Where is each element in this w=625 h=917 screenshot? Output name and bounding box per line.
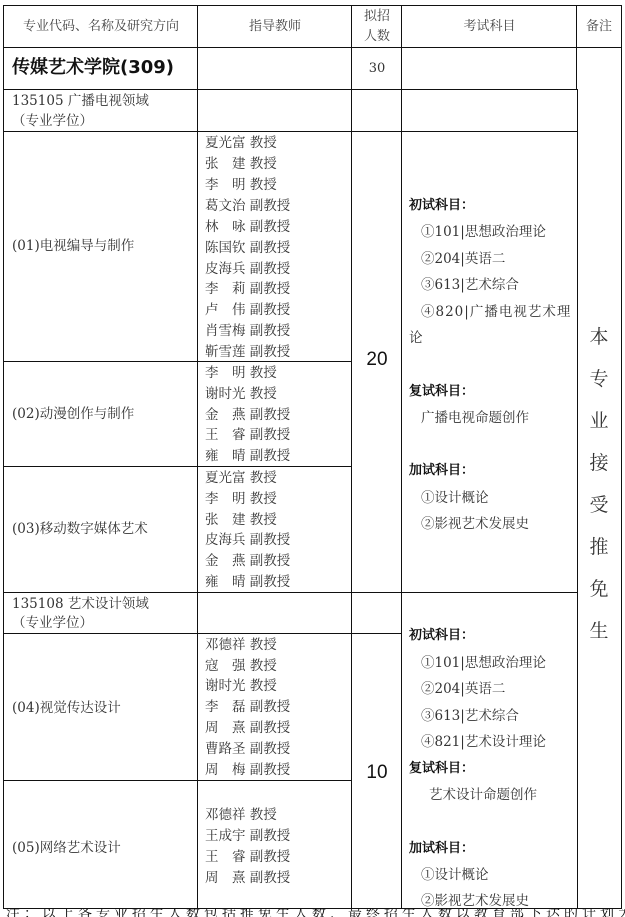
field-135105-cell: 135105 广播电视领域 （专业学位） <box>3 89 199 133</box>
advisor: 皮海兵 副教授 <box>205 259 290 280</box>
field-code: 135105 广播电视领域 <box>12 91 149 112</box>
exam-subject-wrap: 论 <box>409 328 423 349</box>
footer-note-text: 注：以上各专业招生人数包括推免生人数，最终招生人数以教育部下达的计划为准。 <box>6 909 625 917</box>
advisor: 葛文治 副教授 <box>205 196 290 217</box>
extra-exam-title: 加试科目： <box>409 839 474 860</box>
quota-value: 20 <box>352 350 402 371</box>
advisor: 肖雪梅 副教授 <box>205 321 290 342</box>
direction-03-cell: (03)移动数字媒体艺术 <box>3 466 199 594</box>
retest-subject: 广播电视命题创作 <box>421 408 529 429</box>
advisor: 谢时光 教授 <box>205 384 277 405</box>
header-remark: 备注 <box>577 17 621 38</box>
field-135108-cell: 135108 艺术设计领域 （专业学位） <box>3 592 199 635</box>
initial-exam-title: 初试科目： <box>409 196 474 217</box>
remark-char: 生 <box>577 616 621 643</box>
field-135105-exam-top-cell <box>401 89 578 133</box>
advisor: 寇 强 教授 <box>205 656 277 677</box>
header-major: 专业代码、名称及研究方向 <box>4 17 198 38</box>
initial-exam-title: 初试科目： <box>409 626 474 647</box>
advisor: 周 熹 副教授 <box>205 718 290 739</box>
field-135108-quota: 10 <box>351 633 403 909</box>
college-quota-cell: 30 <box>351 47 403 91</box>
exam-subject: ①101|思想政治理论 <box>421 222 546 243</box>
exam-subject: ②204|英语二 <box>421 679 505 700</box>
field-135105-quota-cell <box>351 89 403 133</box>
field-degree: （专业学位） <box>12 111 93 132</box>
direction-name: (02)动漫创作与制作 <box>12 404 134 425</box>
remark-char: 推 <box>577 532 621 559</box>
extra-subject: ②影视艺术发展史 <box>421 514 529 535</box>
remark-cell <box>576 47 622 909</box>
direction-name: (01)电视编导与制作 <box>12 236 134 257</box>
advisor: 靳雪莲 副教授 <box>205 342 290 363</box>
remark-char: 本 <box>577 322 621 349</box>
advisor: 雍 晴 副教授 <box>205 572 290 593</box>
retest-exam-title: 复试科目： <box>409 759 474 780</box>
advisor: 李 磊 副教授 <box>205 697 290 718</box>
header-advisor: 指导教师 <box>198 17 352 38</box>
field-135108-quota-top-cell <box>351 592 403 635</box>
advisor: 曹路圣 副教授 <box>205 739 290 760</box>
extra-subject: ①设计概论 <box>421 865 489 886</box>
exam-subject: ③613|艺术综合 <box>421 275 519 296</box>
advisor: 邓德祥 教授 <box>205 805 277 826</box>
field-135105-exam: 初试科目： ①101|思想政治理论 ②204|英语二 ③613|艺术综合 ④82… <box>401 131 578 594</box>
advisor: 李 莉 副教授 <box>205 279 290 300</box>
remark-char: 接 <box>577 448 621 475</box>
direction-04-cell: (04)视觉传达设计 <box>3 633 199 782</box>
header-advisor-cell: 指导教师 <box>197 5 353 49</box>
college-name-cell: 传媒艺术学院(309) <box>3 47 199 91</box>
header-quota-cell: 拟招 人数 <box>351 5 403 49</box>
field-code: 135108 艺术设计领域 <box>12 594 149 615</box>
exam-subject: ①101|思想政治理论 <box>421 653 546 674</box>
advisor: 周 梅 副教授 <box>205 760 290 781</box>
exam-subject: ②204|英语二 <box>421 249 505 270</box>
header-remark-cell: 备注 <box>576 5 622 49</box>
header-exam: 考试科目 <box>402 17 577 38</box>
advisor: 林 咏 副教授 <box>205 217 290 238</box>
retest-subject: 艺术设计命题创作 <box>429 785 537 806</box>
field-135108-advisor-cell <box>197 592 353 635</box>
extra-subject: ①设计概论 <box>421 488 489 509</box>
advisor: 谢时光 教授 <box>205 676 277 697</box>
advisor: 金 燕 副教授 <box>205 405 290 426</box>
retest-exam-title: 复试科目： <box>409 382 474 403</box>
advisor: 张 建 教授 <box>205 510 277 531</box>
advisor: 卢 伟 副教授 <box>205 300 290 321</box>
college-exam-cell <box>401 47 578 91</box>
header-exam-cell: 考试科目 <box>401 5 578 49</box>
quota-value: 10 <box>352 763 402 784</box>
header-quota-line2: 人数 <box>352 27 402 48</box>
exam-subject: ④821|艺术设计理论 <box>421 732 546 753</box>
advisor: 李 明 教授 <box>205 363 277 384</box>
direction-name: (03)移动数字媒体艺术 <box>12 519 148 540</box>
advisor: 皮海兵 副教授 <box>205 530 290 551</box>
direction-name: (05)网络艺术设计 <box>12 838 121 859</box>
advisor: 张 建 教授 <box>205 154 277 175</box>
advisor: 王 睿 副教授 <box>205 425 290 446</box>
college-quota: 30 <box>352 59 402 80</box>
college-name: 传媒艺术学院(309) <box>12 58 174 79</box>
field-135108-exam: 初试科目： ①101|思想政治理论 ②204|英语二 ③613|艺术综合 ④82… <box>401 592 578 909</box>
remark-char: 受 <box>577 490 621 517</box>
advisor: 李 明 教授 <box>205 489 277 510</box>
advisor: 李 明 教授 <box>205 175 277 196</box>
direction-name: (04)视觉传达设计 <box>12 698 121 719</box>
exam-subject: ③613|艺术综合 <box>421 706 519 727</box>
remark-char: 专 <box>577 364 621 391</box>
advisor: 王成宇 副教授 <box>205 826 290 847</box>
advisor: 周 熹 副教授 <box>205 868 290 889</box>
advisor: 邓德祥 教授 <box>205 635 277 656</box>
direction-01-cell: (01)电视编导与制作 <box>3 131 199 363</box>
advisor: 夏光富 教授 <box>205 133 277 154</box>
direction-02-cell: (02)动漫创作与制作 <box>3 361 199 468</box>
advisor: 雍 晴 副教授 <box>205 446 290 467</box>
field-degree: （专业学位） <box>12 613 93 634</box>
advisor: 金 燕 副教授 <box>205 551 290 572</box>
field-135105-quota: 20 <box>351 131 403 594</box>
direction-05-cell: (05)网络艺术设计 <box>3 780 199 909</box>
advisor: 王 睿 副教授 <box>205 847 290 868</box>
footer-note-partial: 注：以上各专业招生人数包括推免生人数，最终招生人数以教育部下达的计划为准。 <box>0 909 625 917</box>
advisor: 陈国钦 副教授 <box>205 238 290 259</box>
advisor: 夏光富 教授 <box>205 468 277 489</box>
extra-exam-title: 加试科目： <box>409 461 474 482</box>
field-135105-advisor-cell <box>197 89 353 133</box>
remark-char: 业 <box>577 406 621 433</box>
remark-char: 免 <box>577 574 621 601</box>
exam-subject: ④820|广播电视艺术理 <box>421 302 571 323</box>
header-quota-line1: 拟招 <box>352 7 402 28</box>
header-major-cell: 专业代码、名称及研究方向 <box>3 5 199 49</box>
college-advisor-cell <box>197 47 353 91</box>
